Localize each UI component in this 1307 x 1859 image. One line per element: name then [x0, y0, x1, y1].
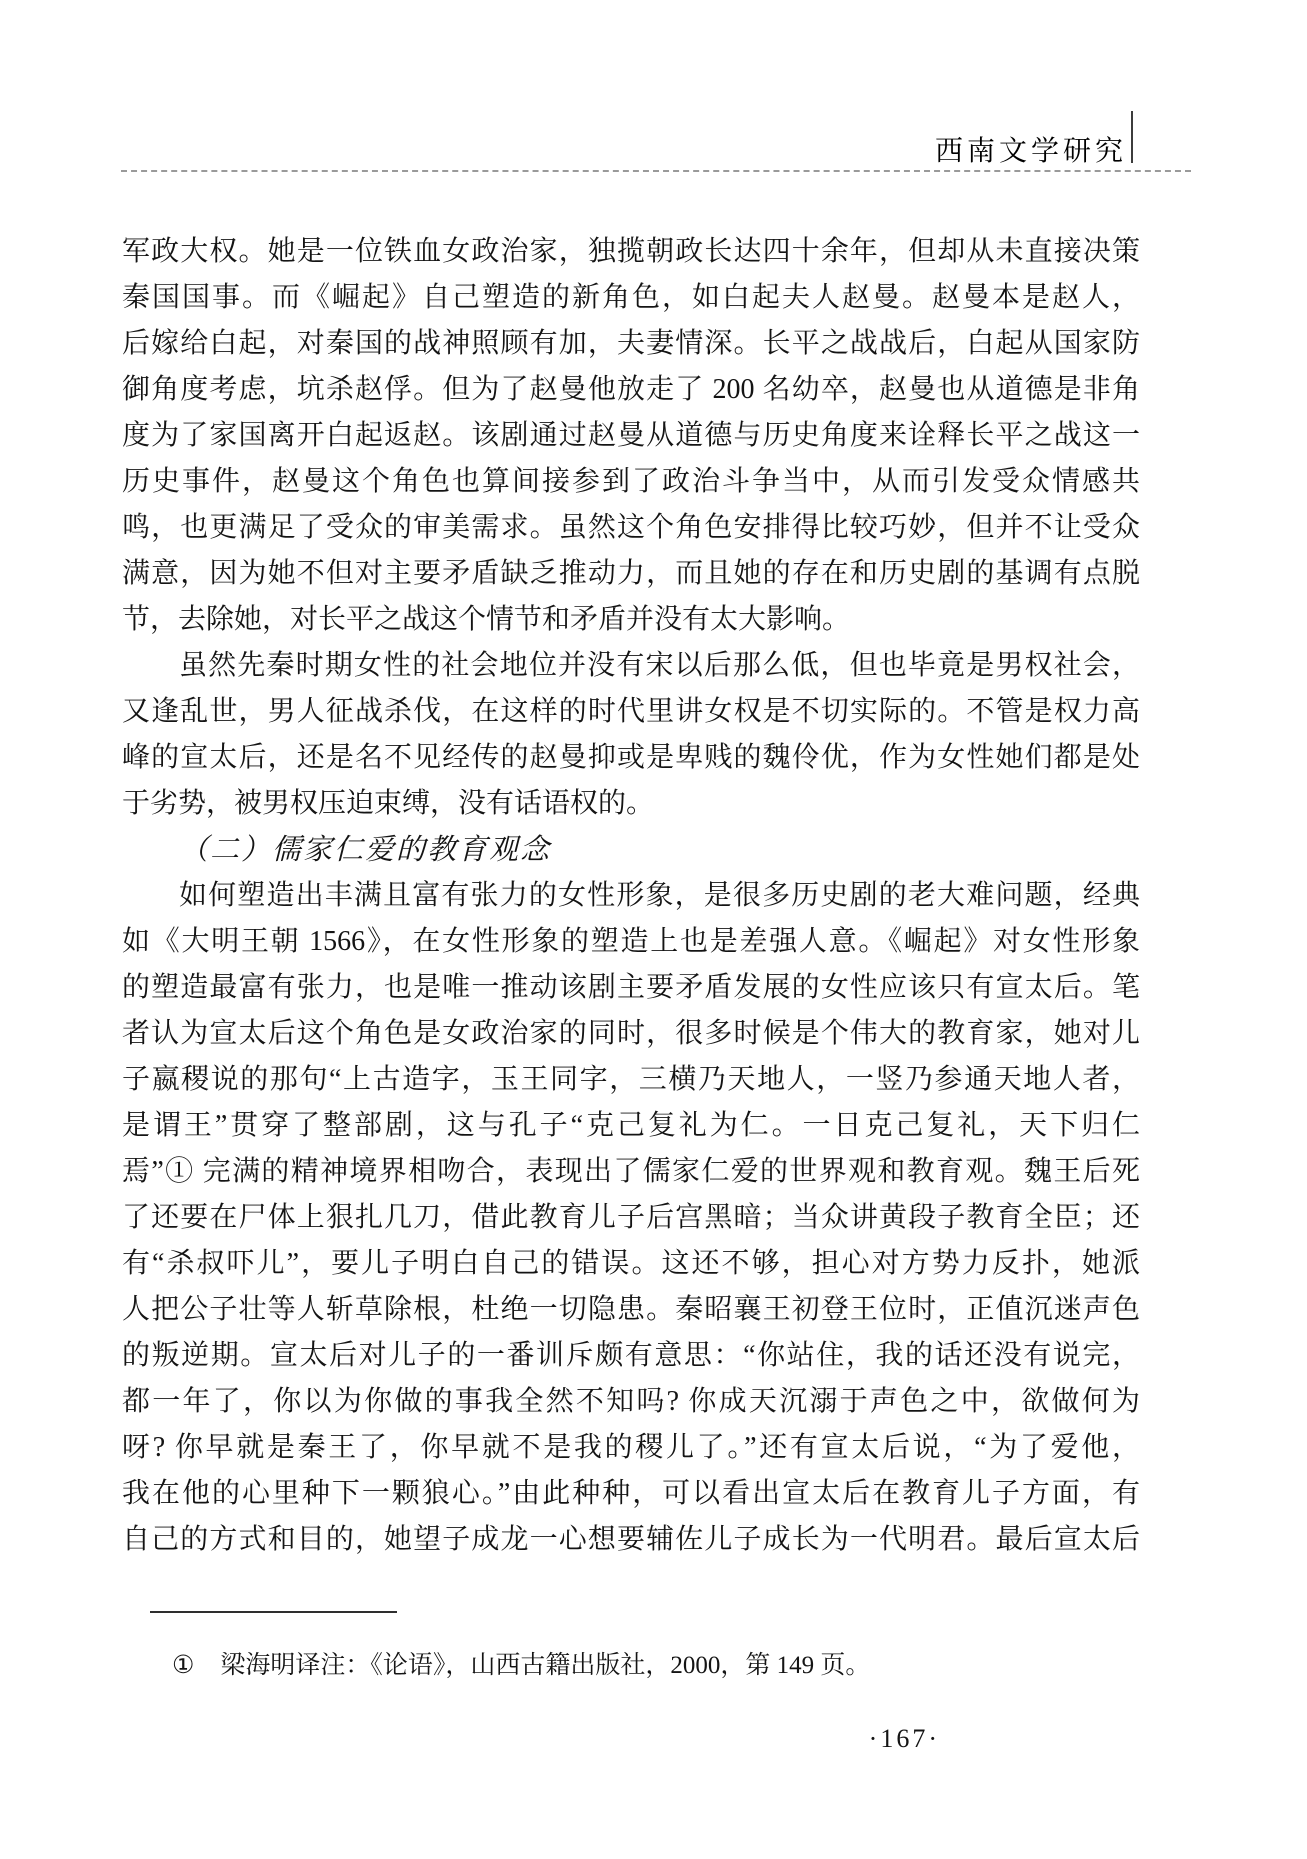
text-line: 于劣势，被男权压迫束缚，没有话语权的。: [122, 781, 1140, 827]
text-line: 如《大明王朝 1566》，在女性形象的塑造上也是差强人意。《崛起》对女性形象: [122, 919, 1140, 965]
text-line: 是谓王”贯穿了整部剧，这与孔子“克己复礼为仁。一日克己复礼，天下归仁: [122, 1103, 1140, 1149]
header-dashed-line: [121, 170, 1191, 172]
text-line: 峰的宣太后，还是名不见经传的赵曼抑或是卑贱的魏伶优，作为女性她们都是处: [122, 735, 1140, 781]
text-line: 后嫁给白起，对秦国的战神照顾有加，夫妻情深。长平之战战后，白起从国家防: [122, 321, 1140, 367]
footnote-marker: ①: [172, 1652, 194, 1679]
text-line: 历史事件，赵曼这个角色也算间接参到了政治斗争当中，从而引发受众情感共: [122, 459, 1140, 505]
text-line: 的叛逆期。宣太后对儿子的一番训斥颇有意思：“你站住，我的话还没有说完，: [122, 1333, 1140, 1379]
text-line: 的塑造最富有张力，也是唯一推动该剧主要矛盾发展的女性应该只有宣太后。笔: [122, 965, 1140, 1011]
text-line: 虽然先秦时期女性的社会地位并没有宋以后那么低，但也毕竟是男权社会，: [122, 643, 1140, 689]
footnote-text: 梁海明译注：《论语》，山西古籍出版社，2000，第 149 页。: [220, 1652, 870, 1679]
section-heading: （二）儒家仁爱的教育观念: [122, 827, 1140, 873]
text-line: 子嬴稷说的那句“上古造字，玉王同字，三横乃天地人，一竖乃参通天地人者，: [122, 1057, 1140, 1103]
text-line: 者认为宣太后这个角色是女政治家的同时，很多时候是个伟大的教育家，她对儿: [122, 1011, 1140, 1057]
text-line: 都一年了，你以为你做的事我全然不知吗? 你成天沉溺于声色之中，欲做何为: [122, 1379, 1140, 1425]
text-line: 如何塑造出丰满且富有张力的女性形象，是很多历史剧的老大难问题，经典: [122, 873, 1140, 919]
article-body: 军政大权。她是一位铁血女政治家，独揽朝政长达四十余年，但却从未直接决策 秦国国事…: [122, 229, 1140, 1563]
text-line: 人把公子壮等人斩草除根，杜绝一切隐患。秦昭襄王初登王位时，正值沉迷声色: [122, 1287, 1140, 1333]
text-line: 秦国国事。而《崛起》自己塑造的新角色，如白起夫人赵曼。赵曼本是赵人，: [122, 275, 1140, 321]
text-line: 自己的方式和目的，她望子成龙一心想要辅佐儿子成长为一代明君。最后宣太后: [122, 1517, 1140, 1563]
footnote: ①梁海明译注：《论语》，山西古籍出版社，2000，第 149 页。: [122, 1646, 1140, 1686]
text-line: 有“杀叔吓儿”，要儿子明白自己的错误。这还不够，担心对方势力反扑，她派: [122, 1241, 1140, 1287]
text-line: 呀? 你早就是秦王了，你早就不是我的稷儿了。”还有宣太后说，“为了爱他，: [122, 1425, 1140, 1471]
footnote-separator: [150, 1611, 397, 1613]
text-line: 度为了家国离开白起返赵。该剧通过赵曼从道德与历史角度来诠释长平之战这一: [122, 413, 1140, 459]
document-page: 西南文学研究 军政大权。她是一位铁血女政治家，独揽朝政长达四十余年，但却从未直接…: [0, 0, 1307, 1859]
text-line-with-footnote-ref: 焉”① 完满的精神境界相吻合，表现出了儒家仁爱的世界观和教育观。魏王后死: [122, 1149, 1140, 1195]
text-line: 了还要在尸体上狠扎几刀，借此教育儿子后宫黑暗；当众讲黄段子教育全臣；还: [122, 1195, 1140, 1241]
text-line: 我在他的心里种下一颗狼心。”由此种种，可以看出宣太后在教育儿子方面，有: [122, 1471, 1140, 1517]
page-number: ·167·: [840, 1724, 940, 1754]
text-line: 满意，因为她不但对主要矛盾缺乏推动力，而且她的存在和历史剧的基调有点脱: [122, 551, 1140, 597]
journal-title: 西南文学研究: [935, 129, 1127, 169]
text-line: 军政大权。她是一位铁血女政治家，独揽朝政长达四十余年，但却从未直接决策: [122, 229, 1140, 275]
text-line: 鸣，也更满足了受众的审美需求。虽然这个角色安排得比较巧妙，但并不让受众: [122, 505, 1140, 551]
header-divider-bar: [1131, 111, 1133, 163]
text-line: 又逢乱世，男人征战杀伐，在这样的时代里讲女权是不切实际的。不管是权力高: [122, 689, 1140, 735]
text-line: 御角度考虑，坑杀赵俘。但为了赵曼他放走了 200 名幼卒，赵曼也从道德是非角: [122, 367, 1140, 413]
text-line: 节，去除她，对长平之战这个情节和矛盾并没有太大影响。: [122, 597, 1140, 643]
